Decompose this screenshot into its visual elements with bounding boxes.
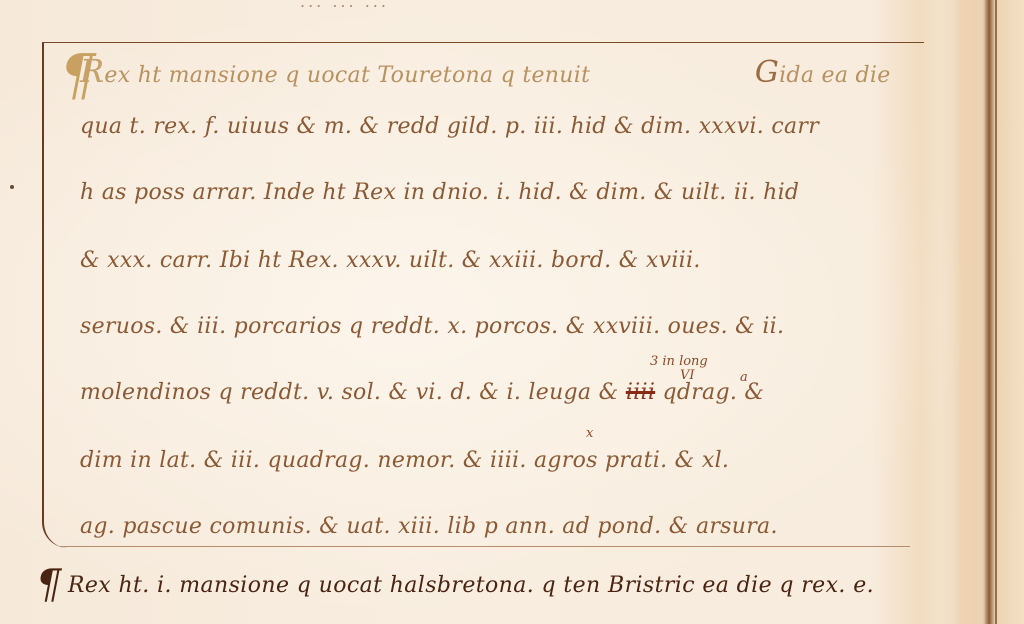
line-text: Rex ht. i. mansione q uocat halsbretona.… [68,573,874,598]
gutter-stain [940,0,985,624]
next-entry-line: ¶Rex ht. i. mansione q uocat halsbretona… [36,562,874,608]
entry-line-3: h as poss arrar. Inde ht Rex in dnio. i.… [80,180,799,205]
struck-text: iiii [626,380,655,405]
entry-underline [60,546,910,547]
line-text: molendinos q reddt. v. sol. & vi. d. & i… [80,380,619,405]
interlinear-superscript: x [586,426,593,441]
line-text: ex ht mansione q uocat Touretona q tenui… [104,63,590,88]
top-text-fragment: ... ... ... [300,0,860,14]
binding-edge [995,0,997,624]
entry-line-1: Rex ht mansione q uocat Touretona q tenu… [80,52,891,90]
capital-initial: G [755,55,779,90]
entry-line-7: dim in lat. & iii. quadrag. nemor. & iii… [80,448,729,473]
paragraph-mark-icon: ¶ [36,562,62,608]
line-text: ida ea die [779,63,891,88]
entry-line-6: molendinos q reddt. v. sol. & vi. d. & i… [80,380,764,405]
margin-dot [10,185,14,189]
entry-line-4: & xxx. carr. Ibi ht Rex. xxxv. uilt. & x… [80,248,701,273]
interlinear-gloss: 3 in long [650,354,708,369]
rubric-initial: R [80,52,104,90]
entry-line-8: ag. pascue comunis. & uat. xiii. lib p a… [80,514,778,539]
manuscript-page: ... ... ... ¶ Rex ht mansione q uocat To… [0,0,990,624]
interlinear-superscript: a [740,370,748,385]
line-text: qdrag. & [662,380,764,405]
interlinear-correction: VI [680,368,695,383]
entry-line-5: seruos. & iii. porcarios q reddt. x. por… [80,314,784,339]
entry-line-2: qua t. rex. f. uiuus & m. & redd gild. p… [80,114,819,139]
